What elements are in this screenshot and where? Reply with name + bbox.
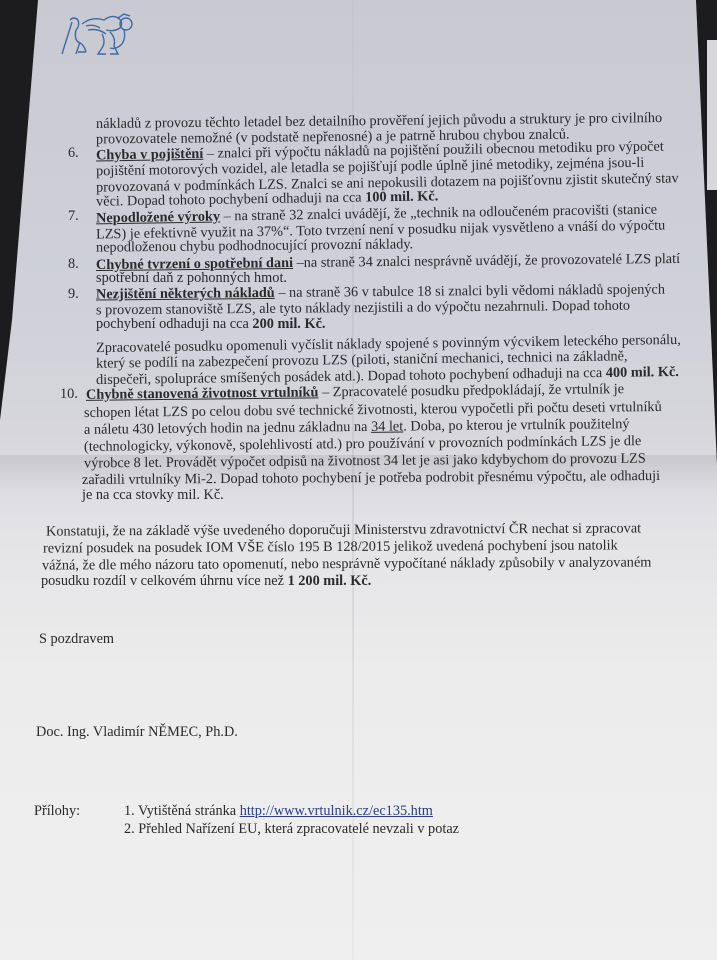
text-segment: 1. Vytištěná stránka: [124, 803, 240, 819]
amount: 200 mil. Kč.: [252, 316, 325, 332]
attachment-link[interactable]: http://www.vrtulnik.cz/ec135.htm: [240, 803, 433, 819]
underlined-value: 34 let: [371, 419, 403, 435]
item-title: Chybně stanovená životnost vrtulníků: [86, 384, 319, 402]
conclusion-line: revizní posudek na posudek IOM VŠE číslo…: [43, 537, 618, 556]
text-line: pochybení odhaduji na cca 200 mil. Kč.: [96, 316, 325, 332]
paper-edge-behind: [707, 40, 717, 190]
attachment-item: 2. Přehled Nařízení EU, která zpracovate…: [124, 821, 459, 837]
text-line: spotřební daň z pohonných hmot.: [96, 270, 287, 286]
list-number: 8.: [68, 256, 79, 273]
text-segment: . Doba, po kterou je vrtulník použitelný: [403, 416, 629, 434]
list-number: 10.: [60, 386, 78, 403]
text-segment: posudku rozdíl v celkovém úhrnu více než: [41, 573, 288, 589]
czech-lion-crest-icon: [58, 12, 140, 57]
list-number: 9.: [68, 286, 79, 303]
text-segment: pochybení odhaduji na cca: [96, 316, 252, 332]
conclusion-line: Konstatuji, že na základě výše uvedeného…: [46, 520, 641, 539]
closing-greeting: S pozdravem: [39, 631, 114, 647]
attachments-label: Přílohy:: [34, 803, 80, 819]
list-number: 7.: [68, 208, 79, 225]
amount: 400 mil. Kč.: [606, 364, 679, 381]
item-title: Nepodložené výroky: [96, 208, 220, 226]
item-title: Chyba v pojištění: [96, 146, 203, 164]
attachment-item: 1. Vytištěná stránka http://www.vrtulnik…: [124, 803, 433, 819]
signature-name: Doc. Ing. Vladimír NĚMEC, Ph.D.: [36, 724, 238, 740]
amount: 100 mil. Kč.: [365, 188, 438, 205]
conclusion-line: posudku rozdíl v celkovém úhrnu více než…: [41, 573, 371, 589]
item-title: Nezjištění některých nákladů: [96, 285, 275, 303]
text-segment: – Zpracovatelé posudku předpokládají, že…: [318, 381, 624, 400]
text-line: je na cca stovky mil. Kč.: [82, 487, 224, 503]
text-segment: a náletu 430 letových hodin na jednu zák…: [84, 419, 371, 438]
text-line: nepodloženou chybu podhodnocující provoz…: [96, 236, 413, 255]
total-amount: 1 200 mil. Kč.: [288, 573, 372, 589]
conclusion-line: vážná, že dle mého názoru tato opomenutí…: [42, 554, 651, 573]
list-number: 6.: [68, 145, 79, 162]
